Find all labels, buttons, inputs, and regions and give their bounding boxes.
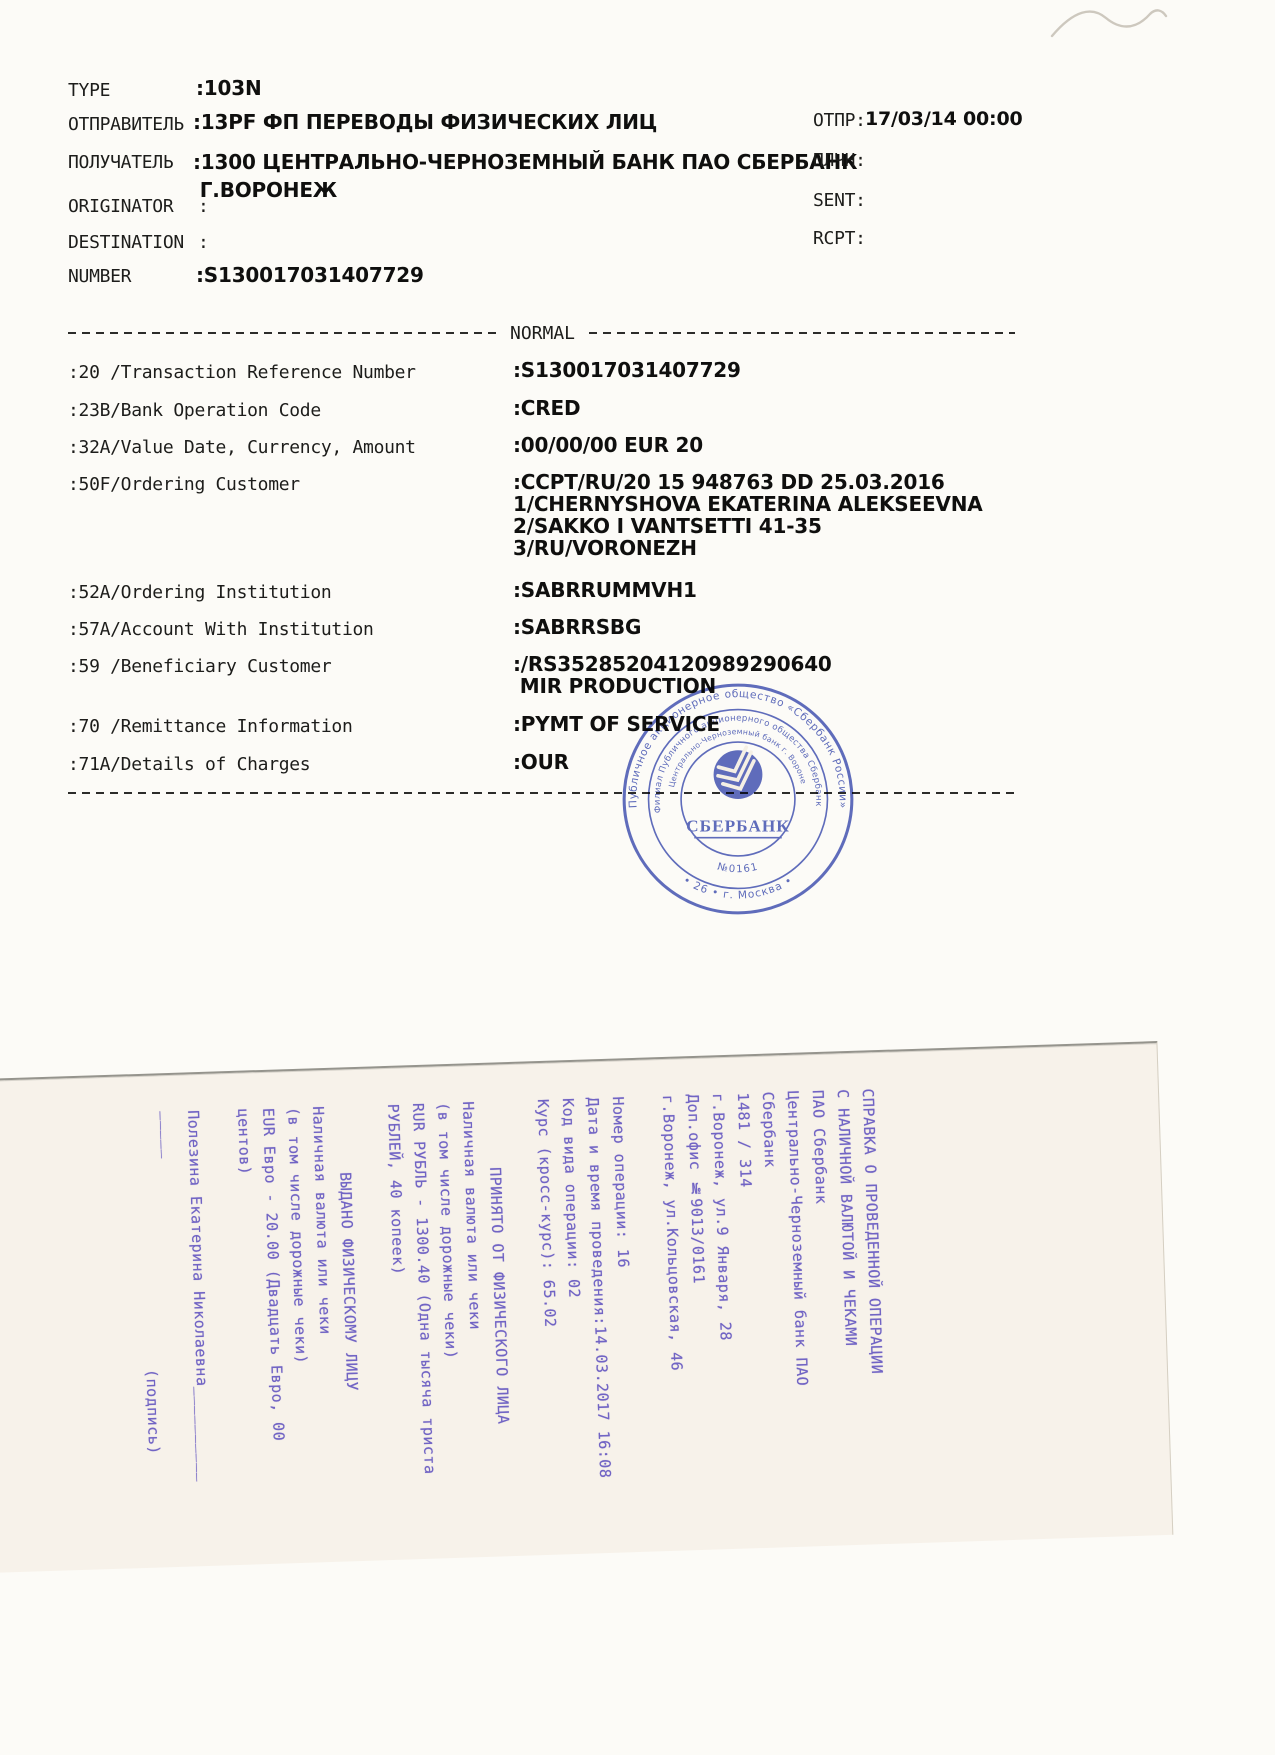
field-20-value: :S130017031407729: [513, 359, 741, 381]
receiver-value: :1300 ЦЕНТРАЛЬНО-ЧЕРНОЗЕМНЫЙ БАНК ПАО СБ…: [193, 148, 857, 204]
originator-colon: :: [198, 196, 209, 217]
field-52a-label: :52A/Ordering Institution: [68, 582, 331, 603]
field-59-label: :59 /Beneficiary Customer: [68, 656, 331, 677]
sender-label: ОТПРАВИТЕЛЬ: [68, 114, 184, 135]
field-23b-label: :23B/Bank Operation Code: [68, 400, 321, 421]
number-label: NUMBER: [68, 266, 131, 287]
type-label: TYPE: [68, 80, 110, 101]
number-value: :S130017031407729: [196, 264, 424, 286]
field-20-label: :20 /Transaction Reference Number: [68, 362, 416, 383]
stamp-number-text: №0161: [716, 861, 759, 875]
sberbank-logo-icon: [712, 746, 762, 799]
separator-dashes-left: [68, 332, 496, 334]
bottom-dashed-rule: [68, 792, 1015, 794]
field-57a-value: :SABRRSBG: [513, 616, 641, 638]
otpr-value: 17/03/14 00:00: [865, 108, 1023, 130]
field-52a-value: :SABRRUMMVH1: [513, 579, 697, 601]
field-71a-value: :OUR: [513, 751, 569, 773]
type-value: :103N: [196, 77, 262, 99]
otpr-label: ОТПР:: [813, 110, 866, 131]
field-50f-label: :50F/Ordering Customer: [68, 474, 300, 495]
destination-colon: :: [198, 232, 209, 253]
field-71a-label: :71A/Details of Charges: [68, 754, 310, 775]
field-70-label: :70 /Remittance Information: [68, 716, 353, 737]
plchn-label: ПЛЧН:: [813, 150, 866, 171]
receipt-text: СПРАВКА О ПРОВЕДЕННОЙ ОПЕРАЦИИ С НАЛИЧНО…: [130, 1088, 892, 1493]
stamp-bank-name: СБЕРБАНК: [686, 817, 790, 836]
field-32a-value: :00/00/00 EUR 20: [513, 434, 703, 456]
sent-label: SENT:: [813, 190, 866, 211]
field-57a-label: :57A/Account With Institution: [68, 619, 374, 640]
rcpt-label: RCPT:: [813, 228, 866, 249]
cash-operation-receipt: СПРАВКА О ПРОВЕДЕННОЙ ОПЕРАЦИИ С НАЛИЧНО…: [0, 1041, 1173, 1573]
destination-label: DESTINATION: [68, 232, 184, 253]
field-50f-value: :CCPT/RU/20 15 948763 DD 25.03.2016 1/CH…: [513, 471, 983, 559]
field-23b-value: :CRED: [513, 397, 580, 419]
field-32a-label: :32A/Value Date, Currency, Amount: [68, 437, 416, 458]
receiver-label: ПОЛУЧАТЕЛЬ: [68, 152, 173, 173]
separator-dashes-right: [589, 332, 1015, 334]
sberbank-round-stamp: Публичное акционерное общество «Сбербанк…: [616, 677, 860, 921]
pencil-mark: [1040, 0, 1170, 52]
originator-label: ORIGINATOR: [68, 196, 173, 217]
sender-value: :13PF ФП ПЕРЕВОДЫ ФИЗИЧЕСКИХ ЛИЦ: [193, 111, 657, 133]
stamp-city-text: • 26 • г. Москва •: [681, 873, 795, 901]
priority-value: NORMAL: [510, 323, 575, 344]
priority-separator: NORMAL: [68, 322, 1015, 344]
scanned-document-page: TYPE :103N ОТПРАВИТЕЛЬ :13PF ФП ПЕРЕВОДЫ…: [0, 0, 1275, 1755]
